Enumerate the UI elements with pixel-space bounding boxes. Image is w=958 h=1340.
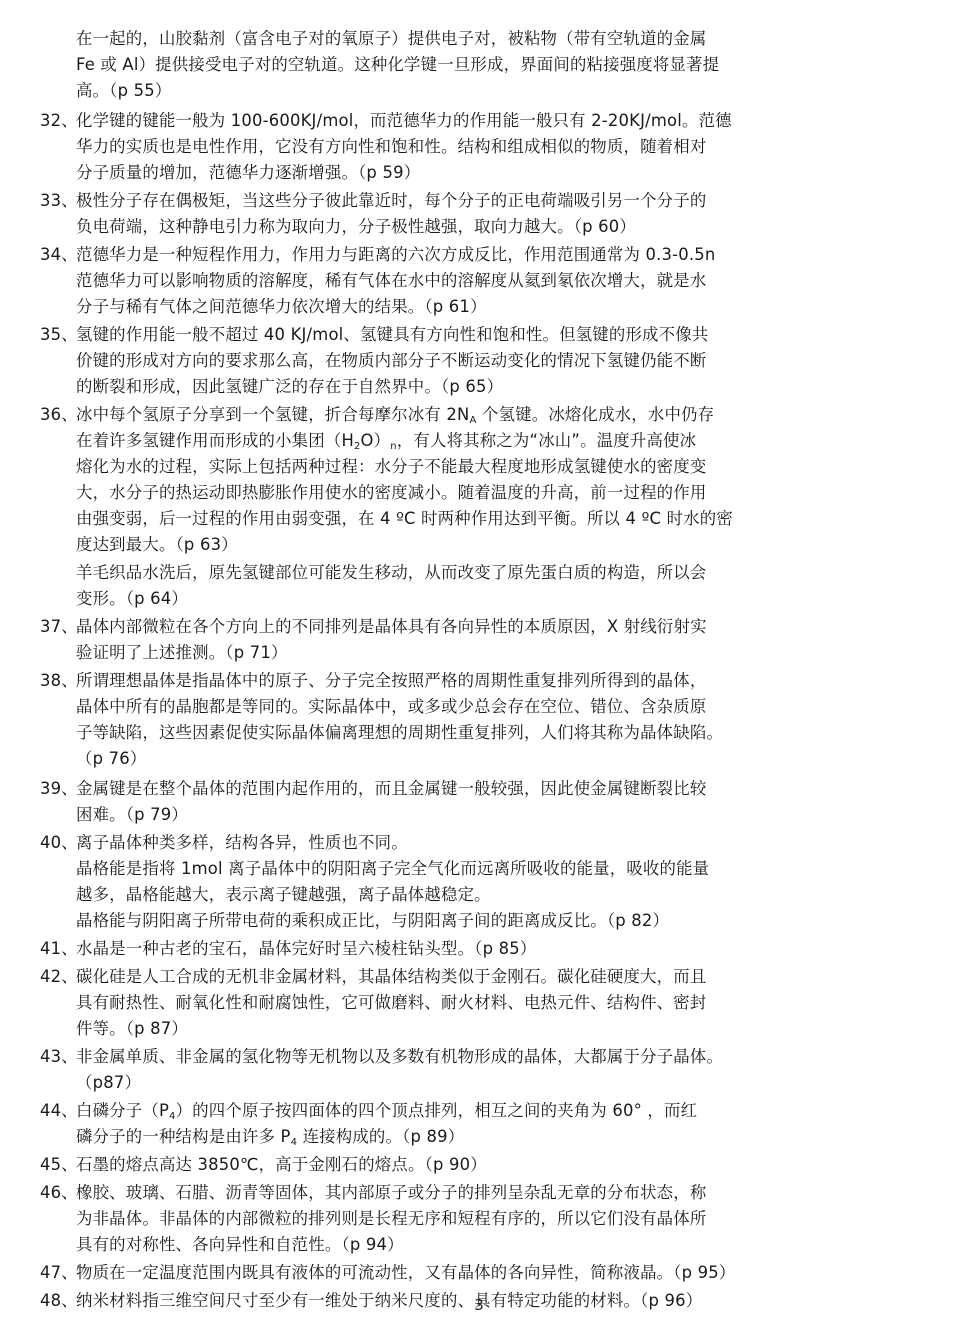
text-line: 子等缺陷，这些因素促使实际晶体偏离理想的周期性重复排列，人们将其称为晶体缺陷。 bbox=[40, 720, 723, 746]
numbered-item-line: 37、晶体内部微粒在各个方向上的不同排列是晶体具有各向异性的本质原因，X 射线衍… bbox=[40, 614, 707, 640]
item-number: 46、 bbox=[40, 1180, 76, 1206]
line-text: 晶格能是指将 1mol 离子晶体中的阴阳离子完全气化而远离所吸收的能量，吸收的能… bbox=[76, 859, 709, 878]
line-text: 物质在一定温度范围内既具有液体的可流动性，又有晶体的各向异性，简称液晶。（p 9… bbox=[76, 1263, 736, 1282]
line-text: 子等缺陷，这些因素促使实际晶体偏离理想的周期性重复排列，人们将其称为晶体缺陷。 bbox=[76, 723, 723, 742]
numbered-item-line: 38、所谓理想晶体是指晶体中的原子、分子完全按照严格的周期性重复排列所得到的晶体… bbox=[40, 668, 706, 694]
text-line: Fe 或 Al）提供接受电子对的空轨道。这种化学键一旦形成，界面间的粘接强度将显… bbox=[40, 52, 719, 78]
item-number: 33、 bbox=[40, 188, 76, 214]
line-text: 为非晶体。非晶体的内部微粒的排列则是长程无序和短程有序的，所以它们没有晶体所 bbox=[76, 1209, 706, 1228]
numbered-item-line: 36、冰中每个氢原子分享到一个氢键，折合每摩尔冰有 2NA 个氢键。冰熔化成水，… bbox=[40, 402, 714, 428]
text-line: 晶体中所有的晶胞都是等同的。实际晶体中，或多或少总会存在空位、错位、含杂质原 bbox=[40, 694, 706, 720]
line-text: 橡胶、玻璃、石腊、沥青等固体，其内部原子或分子的排列呈杂乱无章的分布状态，称 bbox=[76, 1183, 706, 1202]
text-line: 越多，晶格能越大，表示离子键越强，离子晶体越稳定。 bbox=[40, 882, 491, 908]
line-text: 困难。（p 79） bbox=[76, 805, 188, 824]
numbered-item-line: 33、极性分子存在偶极矩，当这些分子彼此靠近时，每个分子的正电荷端吸引另一个分子… bbox=[40, 188, 706, 214]
text-line: 具有耐热性、耐氧化性和耐腐蚀性，它可做磨料、耐火材料、电热元件、结构件、密封 bbox=[40, 990, 706, 1016]
item-number: 43、 bbox=[40, 1044, 76, 1070]
item-number: 40、 bbox=[40, 830, 76, 856]
line-text: 华力的实质也是电性作用，它没有方向性和饱和性。结构和组成相似的物质，随着相对 bbox=[76, 137, 706, 156]
item-number: 47、 bbox=[40, 1260, 76, 1286]
numbered-item-line: 46、橡胶、玻璃、石腊、沥青等固体，其内部原子或分子的排列呈杂乱无章的分布状态，… bbox=[40, 1180, 706, 1206]
numbered-item-line: 39、金属键是在整个晶体的范围内起作用的，而且金属键一般较强，因此使金属键断裂比… bbox=[40, 776, 706, 802]
text-line: 验证明了上述推测。（p 71） bbox=[40, 640, 288, 666]
line-text: 的断裂和形成，因此氢键广泛的存在于自然界中。（p 65） bbox=[76, 377, 503, 396]
numbered-item-line: 42、碳化硅是人工合成的无机非金属材料，其晶体结构类似于金刚石。碳化硅硬度大，而… bbox=[40, 964, 706, 990]
text-line: 在着许多氢键作用而形成的小集团（H2O）n，有人将其称之为“冰山”。温度升高使冰 bbox=[40, 428, 696, 454]
item-number: 32、 bbox=[40, 108, 76, 134]
line-text: 具有耐热性、耐氧化性和耐腐蚀性，它可做磨料、耐火材料、电热元件、结构件、密封 bbox=[76, 993, 706, 1012]
text-line: 高。（p 55） bbox=[40, 78, 171, 104]
line-text: 分子质量的增加，范德华力逐渐增强。（p 59） bbox=[76, 163, 420, 182]
text-line: （p87） bbox=[40, 1070, 141, 1096]
line-text: 石墨的熔点高达 3850℃，高于金刚石的熔点。（p 90） bbox=[76, 1155, 487, 1174]
line-text: 负电荷端，这种静电引力称为取向力，分子极性越强，取向力越大。（p 60） bbox=[76, 217, 636, 236]
line-text: 范德华力是一种短程作用力，作用力与距离的六次方成反比，作用范围通常为 0.3-0… bbox=[76, 245, 716, 264]
text-line: 困难。（p 79） bbox=[40, 802, 188, 828]
text-line: 为非晶体。非晶体的内部微粒的排列则是长程无序和短程有序的，所以它们没有晶体所 bbox=[40, 1206, 706, 1232]
text-line: 范德华力可以影响物质的溶解度，稀有气体在水中的溶解度从氦到氡依次增大，就是水 bbox=[40, 268, 706, 294]
line-text: 晶体内部微粒在各个方向上的不同排列是晶体具有各向异性的本质原因，X 射线衍射实 bbox=[76, 617, 707, 636]
numbered-item-line: 47、物质在一定温度范围内既具有液体的可流动性，又有晶体的各向异性，简称液晶。（… bbox=[40, 1260, 736, 1286]
item-number: 38、 bbox=[40, 668, 76, 694]
subscript: 2 bbox=[354, 441, 361, 452]
text-line: 熔化为水的过程，实际上包括两种过程：水分子不能最大程度地形成氢键使水的密度变 bbox=[40, 454, 706, 480]
text-line: 分子与稀有气体之间范德华力依次增大的结果。（p 61） bbox=[40, 294, 487, 320]
line-text: 白磷分子（P4）的四个原子按四面体的四个顶点排列，相互之间的夹角为 60° ，而… bbox=[76, 1101, 697, 1120]
line-text: 晶体中所有的晶胞都是等同的。实际晶体中，或多或少总会存在空位、错位、含杂质原 bbox=[76, 697, 706, 716]
line-text: 离子晶体种类多样，结构各异，性质也不同。 bbox=[76, 833, 408, 852]
numbered-item-line: 43、非金属单质、非金属的氢化物等无机物以及多数有机物形成的晶体，大都属于分子晶… bbox=[40, 1044, 723, 1070]
line-text: 越多，晶格能越大，表示离子键越强，离子晶体越稳定。 bbox=[76, 885, 491, 904]
text-line: 度达到最大。（p 63） bbox=[40, 532, 238, 558]
text-line: 由强变弱，后一过程的作用由弱变强，在 4 ºC 时两种作用达到平衡。所以 4 º… bbox=[40, 506, 733, 532]
line-text: 磷分子的一种结构是由许多 P4 连接构成的。（p 89） bbox=[76, 1127, 464, 1146]
text-line: 分子质量的增加，范德华力逐渐增强。（p 59） bbox=[40, 160, 420, 186]
line-text: 大，水分子的热运动即热膨胀作用使水的密度减小。随着温度的升高，前一过程的作用 bbox=[76, 483, 706, 502]
line-text: 氢键的作用能一般不超过 40 KJ/mol、氢键具有方向性和饱和性。但氢键的形成… bbox=[76, 325, 708, 344]
line-text: 范德华力可以影响物质的溶解度，稀有气体在水中的溶解度从氦到氡依次增大，就是水 bbox=[76, 271, 706, 290]
text-line: 晶格能是指将 1mol 离子晶体中的阴阳离子完全气化而远离所吸收的能量，吸收的能… bbox=[40, 856, 709, 882]
item-number: 42、 bbox=[40, 964, 76, 990]
line-text: 件等。（p 87） bbox=[76, 1019, 188, 1038]
text-line: 价键的形成对方向的要求那么高，在物质内部分子不断运动变化的情况下氢键仍能不断 bbox=[40, 348, 706, 374]
numbered-item-line: 45、石墨的熔点高达 3850℃，高于金刚石的熔点。（p 90） bbox=[40, 1152, 487, 1178]
line-text: 高。（p 55） bbox=[76, 81, 171, 100]
line-text: 在一起的，山胶黏剂（富含电子对的氧原子）提供电子对，被粘物（带有空轨道的金属 bbox=[76, 29, 706, 48]
subscript: A bbox=[470, 415, 477, 426]
text-line: 具有的对称性、各向异性和自范性。（p 94） bbox=[40, 1232, 404, 1258]
line-text: 具有的对称性、各向异性和自范性。（p 94） bbox=[76, 1235, 404, 1254]
numbered-item-line: 44、白磷分子（P4）的四个原子按四面体的四个顶点排列，相互之间的夹角为 60°… bbox=[40, 1098, 697, 1124]
numbered-item-line: 41、水晶是一种古老的宝石，晶体完好时呈六棱柱钻头型。（p 85） bbox=[40, 936, 536, 962]
line-text: 化学键的键能一般为 100-600KJ/mol，而范德华力的作用能一般只有 2-… bbox=[76, 111, 732, 130]
line-text: 分子与稀有气体之间范德华力依次增大的结果。（p 61） bbox=[76, 297, 487, 316]
text-line: （p 76） bbox=[40, 746, 146, 772]
page-number: 3 bbox=[0, 1296, 958, 1314]
subscript: 4 bbox=[291, 1137, 298, 1148]
line-text: （p87） bbox=[76, 1073, 141, 1092]
item-number: 45、 bbox=[40, 1152, 76, 1178]
numbered-item-line: 34、范德华力是一种短程作用力，作用力与距离的六次方成反比，作用范围通常为 0.… bbox=[40, 242, 716, 268]
line-text: Fe 或 Al）提供接受电子对的空轨道。这种化学键一旦形成，界面间的粘接强度将显… bbox=[76, 55, 719, 74]
item-number: 34、 bbox=[40, 242, 76, 268]
line-text: 变形。（p 64） bbox=[76, 589, 188, 608]
line-text: 碳化硅是人工合成的无机非金属材料，其晶体结构类似于金刚石。碳化硅硬度大，而且 bbox=[76, 967, 706, 986]
line-text: 金属键是在整个晶体的范围内起作用的，而且金属键一般较强，因此使金属键断裂比较 bbox=[76, 779, 706, 798]
numbered-item-line: 35、氢键的作用能一般不超过 40 KJ/mol、氢键具有方向性和饱和性。但氢键… bbox=[40, 322, 708, 348]
line-text: 羊毛织品水洗后，原先氢键部位可能发生移动，从而改变了原先蛋白质的构造，所以会 bbox=[76, 563, 706, 582]
text-line: 华力的实质也是电性作用，它没有方向性和饱和性。结构和组成相似的物质，随着相对 bbox=[40, 134, 706, 160]
item-number: 35、 bbox=[40, 322, 76, 348]
line-text: 非金属单质、非金属的氢化物等无机物以及多数有机物形成的晶体，大都属于分子晶体。 bbox=[76, 1047, 723, 1066]
line-text: 极性分子存在偶极矩，当这些分子彼此靠近时，每个分子的正电荷端吸引另一个分子的 bbox=[76, 191, 706, 210]
item-number: 39、 bbox=[40, 776, 76, 802]
line-text: （p 76） bbox=[76, 749, 146, 768]
line-text: 熔化为水的过程，实际上包括两种过程：水分子不能最大程度地形成氢键使水的密度变 bbox=[76, 457, 706, 476]
line-text: 冰中每个氢原子分享到一个氢键，折合每摩尔冰有 2NA 个氢键。冰熔化成水，水中仍… bbox=[76, 405, 714, 424]
subscript: 4 bbox=[169, 1111, 176, 1122]
line-text: 所谓理想晶体是指晶体中的原子、分子完全按照严格的周期性重复排列所得到的晶体， bbox=[76, 671, 706, 690]
text-line: 的断裂和形成，因此氢键广泛的存在于自然界中。（p 65） bbox=[40, 374, 503, 400]
line-text: 度达到最大。（p 63） bbox=[76, 535, 238, 554]
line-text: 水晶是一种古老的宝石，晶体完好时呈六棱柱钻头型。（p 85） bbox=[76, 939, 536, 958]
text-line: 羊毛织品水洗后，原先氢键部位可能发生移动，从而改变了原先蛋白质的构造，所以会 bbox=[40, 560, 706, 586]
text-line: 大，水分子的热运动即热膨胀作用使水的密度减小。随着温度的升高，前一过程的作用 bbox=[40, 480, 706, 506]
line-text: 价键的形成对方向的要求那么高，在物质内部分子不断运动变化的情况下氢键仍能不断 bbox=[76, 351, 706, 370]
subscript: n bbox=[390, 441, 397, 452]
item-number: 44、 bbox=[40, 1098, 76, 1124]
line-text: 由强变弱，后一过程的作用由弱变强，在 4 ºC 时两种作用达到平衡。所以 4 º… bbox=[76, 509, 733, 528]
numbered-item-line: 40、离子晶体种类多样，结构各异，性质也不同。 bbox=[40, 830, 408, 856]
text-line: 负电荷端，这种静电引力称为取向力，分子极性越强，取向力越大。（p 60） bbox=[40, 214, 636, 240]
item-number: 41、 bbox=[40, 936, 76, 962]
numbered-item-line: 32、化学键的键能一般为 100-600KJ/mol，而范德华力的作用能一般只有… bbox=[40, 108, 732, 134]
text-line: 磷分子的一种结构是由许多 P4 连接构成的。（p 89） bbox=[40, 1124, 464, 1150]
text-line: 晶格能与阴阳离子所带电荷的乘积成正比，与阴阳离子间的距离成反比。（p 82） bbox=[40, 908, 669, 934]
item-number: 37、 bbox=[40, 614, 76, 640]
item-number: 36、 bbox=[40, 402, 76, 428]
line-text: 在着许多氢键作用而形成的小集团（H2O）n，有人将其称之为“冰山”。温度升高使冰 bbox=[76, 431, 696, 450]
line-text: 晶格能与阴阳离子所带电荷的乘积成正比，与阴阳离子间的距离成反比。（p 82） bbox=[76, 911, 669, 930]
text-line: 件等。（p 87） bbox=[40, 1016, 188, 1042]
text-line: 在一起的，山胶黏剂（富含电子对的氧原子）提供电子对，被粘物（带有空轨道的金属 bbox=[40, 26, 706, 52]
line-text: 验证明了上述推测。（p 71） bbox=[76, 643, 288, 662]
document-page: 在一起的，山胶黏剂（富含电子对的氧原子）提供电子对，被粘物（带有空轨道的金属Fe… bbox=[0, 0, 958, 1340]
text-line: 变形。（p 64） bbox=[40, 586, 188, 612]
